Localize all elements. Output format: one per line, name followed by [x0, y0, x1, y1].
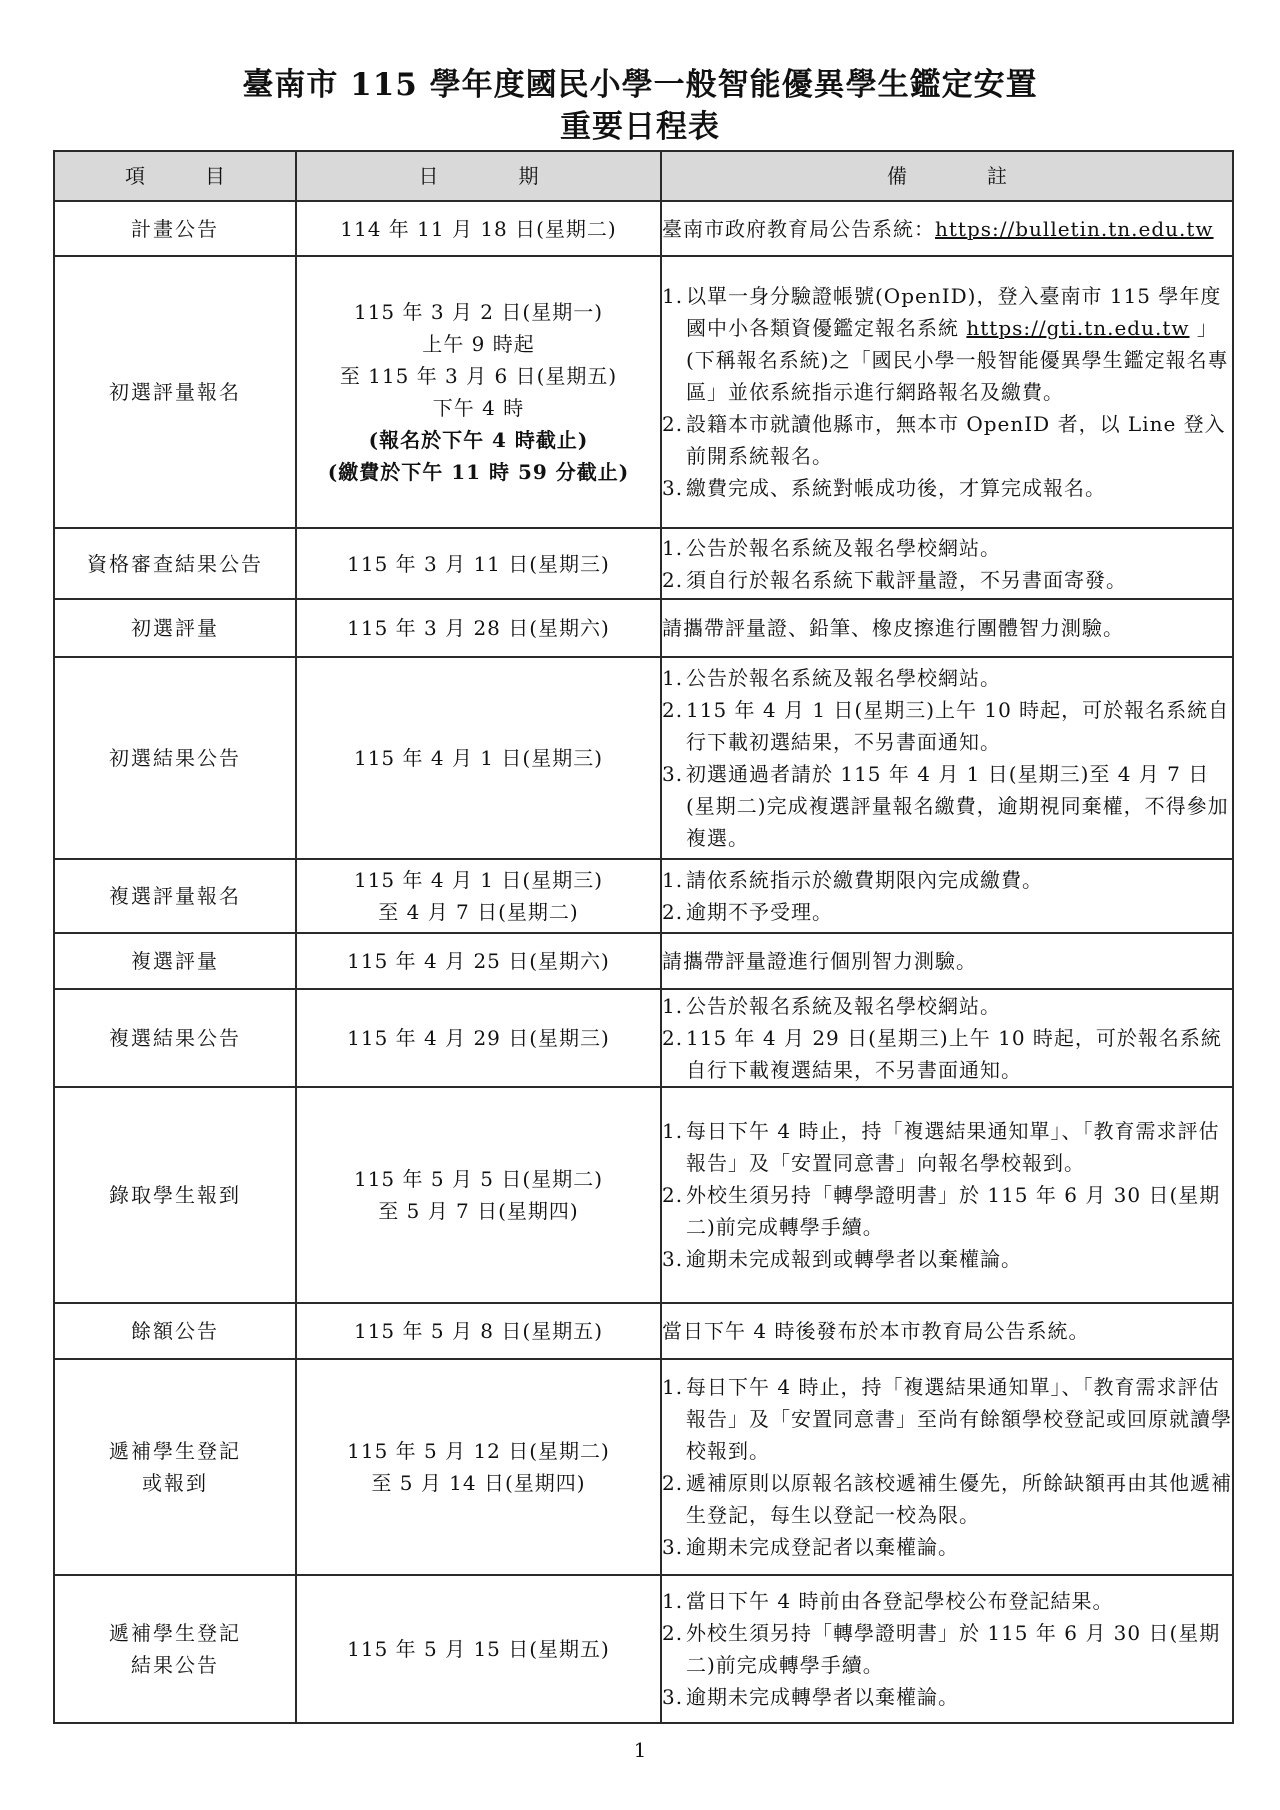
note-item: 2.115 年 4 月 1 日(星期三)上午 10 時起，可於報名系統自行下載初…	[662, 694, 1232, 758]
header-notes: 備註	[661, 151, 1233, 201]
date-cell: 115 年 5 月 8 日(星期五)	[296, 1303, 661, 1359]
note-item: 2.外校生須另持「轉學證明書」於 115 年 6 月 30 日(星期二)前完成轉…	[662, 1179, 1232, 1243]
schedule-table: 項目 日期 備註 計畫公告 114 年 11 月 18 日(星期二) 臺南市政府…	[53, 150, 1234, 1724]
item-cell: 錄取學生報到	[54, 1087, 296, 1303]
table-row: 餘額公告 115 年 5 月 8 日(星期五) 當日下午 4 時後發布於本市教育…	[54, 1303, 1233, 1359]
note-cell: 1.請依系統指示於繳費期限內完成繳費。 2.逾期不予受理。	[661, 859, 1233, 933]
note-cell: 請攜帶評量證、鉛筆、橡皮擦進行團體智力測驗。	[661, 599, 1233, 657]
note-item: 1.請依系統指示於繳費期限內完成繳費。	[662, 864, 1232, 896]
date-cell: 115 年 4 月 1 日(星期三) 至 4 月 7 日(星期二)	[296, 859, 661, 933]
date-cell: 115 年 4 月 29 日(星期三)	[296, 989, 661, 1087]
table-row: 複選評量報名 115 年 4 月 1 日(星期三) 至 4 月 7 日(星期二)…	[54, 859, 1233, 933]
note-item: 2.逾期不予受理。	[662, 896, 1232, 928]
note-item: 1.每日下午 4 時止，持「複選結果通知單」、「教育需求評估報告」及「安置同意書…	[662, 1371, 1232, 1467]
note-item: 2.外校生須另持「轉學證明書」於 115 年 6 月 30 日(星期二)前完成轉…	[662, 1617, 1232, 1681]
note-cell: 1.以單一身分驗證帳號(OpenID)，登入臺南市 115 學年度國中小各類資優…	[661, 256, 1233, 528]
item-cell: 複選評量	[54, 933, 296, 989]
table-row: 遞補學生登記 結果公告 115 年 5 月 15 日(星期五) 1.當日下午 4…	[54, 1575, 1233, 1723]
note-item: 2.115 年 4 月 29 日(星期三)上午 10 時起，可於報名系統自行下載…	[662, 1022, 1232, 1086]
item-cell: 初選結果公告	[54, 657, 296, 859]
header-item: 項目	[54, 151, 296, 201]
note-item: 2.遞補原則以原報名該校遞補生優先，所餘缺額再由其他遞補生登記，每生以登記一校為…	[662, 1467, 1232, 1531]
table-row: 初選結果公告 115 年 4 月 1 日(星期三) 1.公告於報名系統及報名學校…	[54, 657, 1233, 859]
note-item: 1.當日下午 4 時前由各登記學校公布登記結果。	[662, 1585, 1232, 1617]
note-cell: 請攜帶評量證進行個別智力測驗。	[661, 933, 1233, 989]
item-cell: 餘額公告	[54, 1303, 296, 1359]
date-cell: 114 年 11 月 18 日(星期二)	[296, 201, 661, 256]
document-subtitle: 重要日程表	[0, 108, 1280, 146]
date-cell: 115 年 3 月 11 日(星期三)	[296, 528, 661, 599]
note-cell: 臺南市政府教育局公告系統：https://bulletin.tn.edu.tw	[661, 201, 1233, 256]
table-row: 計畫公告 114 年 11 月 18 日(星期二) 臺南市政府教育局公告系統：h…	[54, 201, 1233, 256]
table-row: 資格審查結果公告 115 年 3 月 11 日(星期三) 1.公告於報名系統及報…	[54, 528, 1233, 599]
date-cell: 115 年 3 月 28 日(星期六)	[296, 599, 661, 657]
table-row: 複選評量 115 年 4 月 25 日(星期六) 請攜帶評量證進行個別智力測驗。	[54, 933, 1233, 989]
item-cell: 初選評量報名	[54, 256, 296, 528]
header-date: 日期	[296, 151, 661, 201]
note-item: 1.每日下午 4 時止，持「複選結果通知單」、「教育需求評估報告」及「安置同意書…	[662, 1115, 1232, 1179]
note-cell: 1.公告於報名系統及報名學校網站。 2.115 年 4 月 1 日(星期三)上午…	[661, 657, 1233, 859]
date-cell: 115 年 4 月 25 日(星期六)	[296, 933, 661, 989]
date-cell: 115 年 5 月 12 日(星期二) 至 5 月 14 日(星期四)	[296, 1359, 661, 1575]
note-item: 3.逾期未完成轉學者以棄權論。	[662, 1681, 1232, 1713]
note-item: 3.初選通過者請於 115 年 4 月 1 日(星期三)至 4 月 7 日(星期…	[662, 758, 1232, 854]
date-cell: 115 年 5 月 5 日(星期二) 至 5 月 7 日(星期四)	[296, 1087, 661, 1303]
note-item: 2.設籍本市就讀他縣市，無本市 OpenID 者，以 Line 登入前開系統報名…	[662, 408, 1232, 472]
item-cell: 複選評量報名	[54, 859, 296, 933]
table-row: 初選評量 115 年 3 月 28 日(星期六) 請攜帶評量證、鉛筆、橡皮擦進行…	[54, 599, 1233, 657]
date-cell: 115 年 3 月 2 日(星期一) 上午 9 時起 至 115 年 3 月 6…	[296, 256, 661, 528]
table-row: 遞補學生登記 或報到 115 年 5 月 12 日(星期二) 至 5 月 14 …	[54, 1359, 1233, 1575]
table-row: 初選評量報名 115 年 3 月 2 日(星期一) 上午 9 時起 至 115 …	[54, 256, 1233, 528]
deadline-note: (報名於下午 4 時截止)	[297, 424, 660, 456]
date-cell: 115 年 4 月 1 日(星期三)	[296, 657, 661, 859]
note-item: 2.須自行於報名系統下載評量證，不另書面寄發。	[662, 564, 1232, 596]
note-cell: 1.每日下午 4 時止，持「複選結果通知單」、「教育需求評估報告」及「安置同意書…	[661, 1359, 1233, 1575]
note-cell: 1.每日下午 4 時止，持「複選結果通知單」、「教育需求評估報告」及「安置同意書…	[661, 1087, 1233, 1303]
bulletin-link[interactable]: https://bulletin.tn.edu.tw	[935, 217, 1214, 241]
item-cell: 遞補學生登記 或報到	[54, 1359, 296, 1575]
note-item: 1.公告於報名系統及報名學校網站。	[662, 990, 1232, 1022]
item-cell: 資格審查結果公告	[54, 528, 296, 599]
item-cell: 計畫公告	[54, 201, 296, 256]
item-cell: 遞補學生登記 結果公告	[54, 1575, 296, 1723]
note-cell: 1.當日下午 4 時前由各登記學校公布登記結果。 2.外校生須另持「轉學證明書」…	[661, 1575, 1233, 1723]
note-item: 1.以單一身分驗證帳號(OpenID)，登入臺南市 115 學年度國中小各類資優…	[662, 280, 1232, 408]
item-cell: 複選結果公告	[54, 989, 296, 1087]
registration-system-link[interactable]: https://gti.tn.edu.tw	[966, 316, 1189, 340]
note-item: 3.逾期未完成報到或轉學者以棄權論。	[662, 1243, 1232, 1275]
note-cell: 當日下午 4 時後發布於本市教育局公告系統。	[661, 1303, 1233, 1359]
note-item: 1.公告於報名系統及報名學校網站。	[662, 662, 1232, 694]
item-cell: 初選評量	[54, 599, 296, 657]
table-header-row: 項目 日期 備註	[54, 151, 1233, 201]
note-cell: 1.公告於報名系統及報名學校網站。 2.須自行於報名系統下載評量證，不另書面寄發…	[661, 528, 1233, 599]
note-item: 3.繳費完成、系統對帳成功後，才算完成報名。	[662, 472, 1232, 504]
note-item: 1.公告於報名系統及報名學校網站。	[662, 532, 1232, 564]
document-title: 臺南市 115 學年度國民小學一般智能優異學生鑑定安置	[0, 66, 1280, 104]
note-cell: 1.公告於報名系統及報名學校網站。 2.115 年 4 月 29 日(星期三)上…	[661, 989, 1233, 1087]
table-row: 複選結果公告 115 年 4 月 29 日(星期三) 1.公告於報名系統及報名學…	[54, 989, 1233, 1087]
payment-deadline-note: (繳費於下午 11 時 59 分截止)	[297, 456, 660, 488]
table-row: 錄取學生報到 115 年 5 月 5 日(星期二) 至 5 月 7 日(星期四)…	[54, 1087, 1233, 1303]
page-number: 1	[0, 1738, 1280, 1762]
note-item: 3.逾期未完成登記者以棄權論。	[662, 1531, 1232, 1563]
date-cell: 115 年 5 月 15 日(星期五)	[296, 1575, 661, 1723]
